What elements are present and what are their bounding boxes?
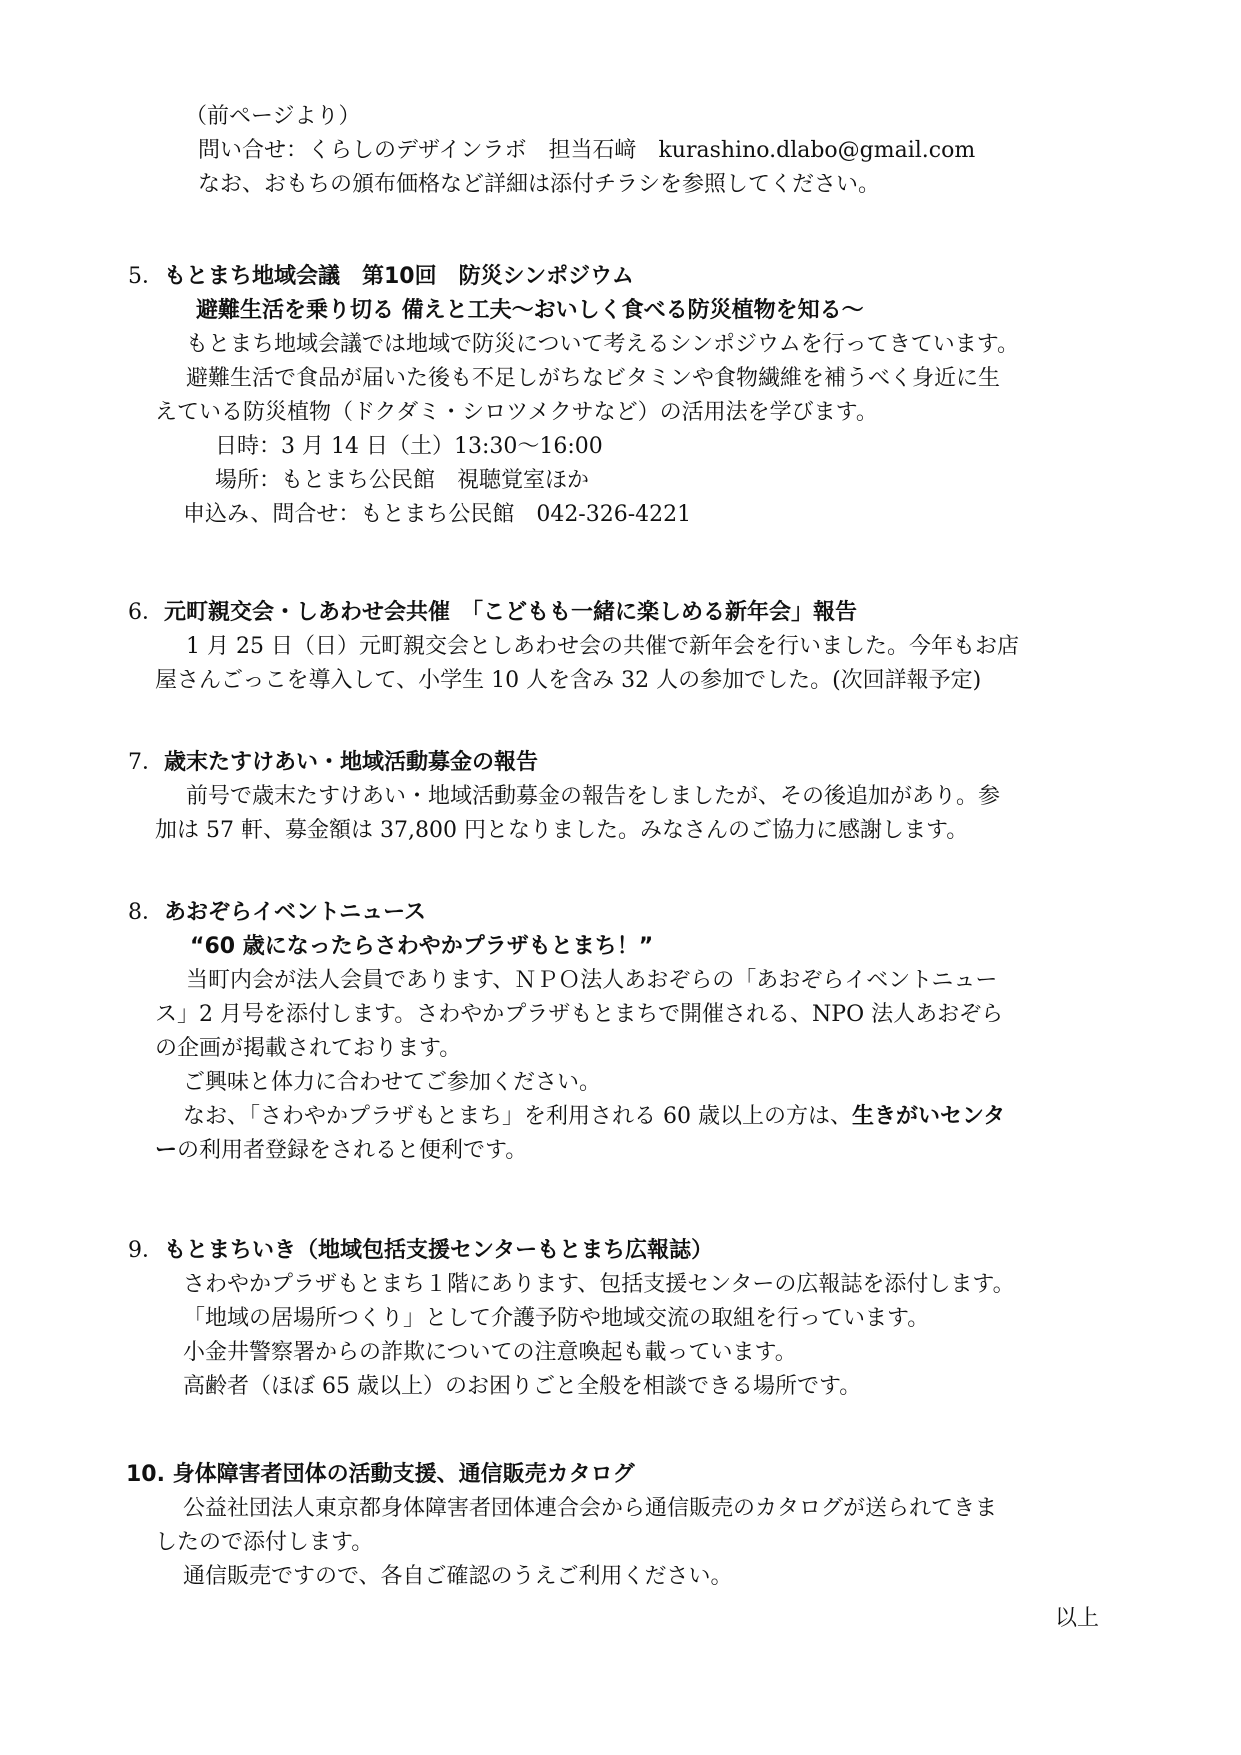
section-8-line: ス」2 月号を添付します。さわやかプラザもとまちで開催される、NPO 法人あおぞ…	[155, 1000, 1003, 1030]
section-title: もとまちいき（地域包括支援センターもとまち広報誌）	[164, 1238, 713, 1263]
section-7-heading: 7．歳末たすけあい・地域活動募金の報告	[128, 748, 538, 778]
section-8-line: の企画が掲載されております。	[155, 1034, 461, 1064]
section-9-line: 小金井警察署からの詐欺についての注意喚起も載っています。	[183, 1338, 797, 1368]
section-9-line: 「地域の居場所つくり」として介護予防や地域交流の取組を行っています。	[183, 1304, 929, 1334]
event-location: 場所：もとまち公民館 視聴覚室ほか	[215, 466, 589, 496]
section-6-line: 1 月 25 日（日）元町親交会としあわせ会の共催で新年会を行いました。今年もお…	[186, 632, 1019, 662]
section-number: 7．	[128, 750, 164, 775]
section-8-subtitle: “60 歳になったらさわやかプラザもとまち！”	[190, 932, 653, 962]
section-8-line: 当町内会が法人会員であります、ＮＰＯ法人あおぞらの「あおぞらイベントニュー	[186, 966, 997, 996]
section-number: 8．	[128, 900, 164, 925]
section-number: 5．	[128, 264, 164, 289]
ikigai-center-emphasis: ー	[155, 1138, 177, 1163]
section-5-subtitle: 避難生活を乗り切る 備えと工夫～おいしく食べる防災植物を知る～	[196, 296, 864, 326]
section-8-heading: 8．あおぞらイベントニュース	[128, 898, 426, 928]
section-number: 10.	[126, 1462, 165, 1487]
section-title: 元町親交会・しあわせ会共催 「こどもも一緒に楽しめる新年会」報告	[164, 600, 857, 625]
section-9-line: さわやかプラザもとまち１階にあります、包括支援センターの広報誌を添付します。	[183, 1270, 1015, 1300]
section-8-note: なお、「さわやかプラザもとまち」を利用される 60 歳以上の方は、生きがいセンタ	[183, 1102, 1005, 1132]
section-number: 9．	[128, 1238, 164, 1263]
section-6-line: 屋さんごっこを導入して、小学生 10 人を含み 32 人の参加でした。(次回詳報…	[155, 666, 981, 696]
section-title: あおぞらイベントニュース	[164, 900, 426, 925]
section-7-line: 前号で歳末たすけあい・地域活動募金の報告をしましたが、その後追加があり。参	[186, 782, 1000, 812]
section-5-line: 避難生活で食品が届いた後も不足しがちなビタミンや食物繊維を補うべく身近に生	[186, 364, 1000, 394]
section-5-heading: 5．もとまち地域会議 第10回 防災シンポジウム	[128, 262, 634, 292]
section-title: 身体障害者団体の活動支援、通信販売カタログ	[173, 1462, 635, 1487]
section-10-heading: 10. 身体障害者団体の活動支援、通信販売カタログ	[126, 1460, 635, 1490]
section-9-line: 高齢者（ほぼ 65 歳以上）のお困りごと全般を相談できる場所です。	[183, 1372, 861, 1402]
section-number: 6．	[128, 600, 164, 625]
section-10-line: 公益社団法人東京都身体障害者団体連合会から通信販売のカタログが送られてきま	[183, 1494, 997, 1524]
event-datetime: 日時：3 月 14 日（土）13:30～16:00	[215, 432, 603, 462]
section-7-line: 加は 57 軒、募金額は 37,800 円となりました。みなさんのご協力に感謝し…	[155, 816, 968, 846]
section-title: 歳末たすけあい・地域活動募金の報告	[164, 750, 538, 775]
section-5-line: もとまち地域会議では地域で防災について考えるシンポジウムを行ってきています。	[186, 330, 1019, 360]
intro-note: なお、おもちの頒布価格など詳細は添付チラシを参照してください。	[198, 170, 880, 200]
from-previous-page: （前ページより）	[185, 102, 361, 132]
contact-line: 問い合せ：くらしのデザインラボ 担当石﨑 kurashino.dlabo@gma…	[198, 136, 975, 166]
note-text: なお、「さわやかプラザもとまち」を利用される 60 歳以上の方は、	[183, 1104, 852, 1129]
section-10-line: したので添付します。	[155, 1528, 373, 1558]
note-text: の利用者登録をされると便利です。	[177, 1138, 527, 1163]
section-6-heading: 6．元町親交会・しあわせ会共催 「こどもも一緒に楽しめる新年会」報告	[128, 598, 857, 628]
section-9-heading: 9．もとまちいき（地域包括支援センターもとまち広報誌）	[128, 1236, 713, 1266]
section-8-line: ご興味と体力に合わせてご参加ください。	[183, 1068, 601, 1098]
section-5-line: えている防災植物（ドクダミ・シロツメクサなど）の活用法を学びます。	[155, 398, 878, 428]
section-10-line: 通信販売ですので、各自ご確認のうえご利用ください。	[183, 1562, 733, 1592]
section-8-note-cont: ーの利用者登録をされると便利です。	[155, 1136, 527, 1166]
ikigai-center-emphasis: 生きがいセンタ	[852, 1104, 1005, 1129]
event-contact: 申込み、問合せ：もとまち公民館 042-326-4221	[183, 500, 691, 530]
section-title: もとまち地域会議 第10回 防災シンポジウム	[164, 264, 634, 289]
closing-text: 以上	[1055, 1604, 1099, 1634]
